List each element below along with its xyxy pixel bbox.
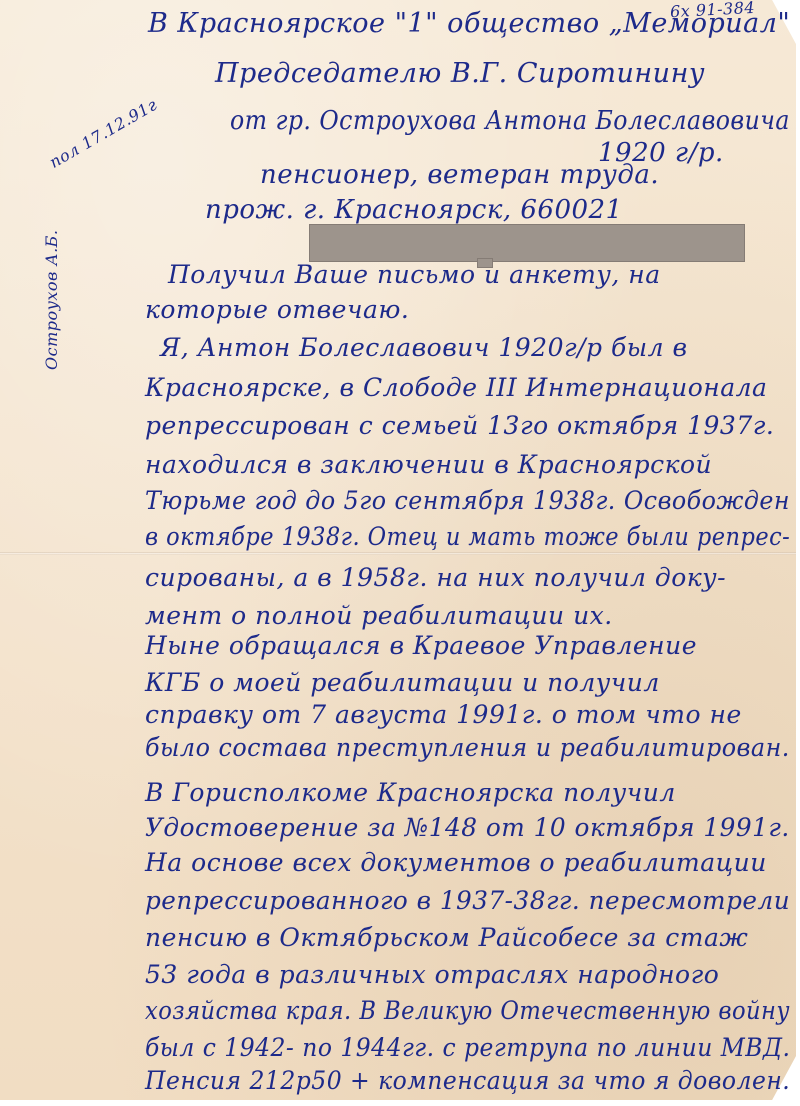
body-line: Я, Антон Болеславович 1920г/р был в — [160, 335, 688, 360]
body-line: в октябре 1938г. Отец и мать тоже были р… — [145, 524, 790, 549]
body-line: было состава преступления и реабилитиров… — [145, 735, 790, 760]
body-line: Удостоверение за №148 от 10 октября 1991… — [145, 815, 790, 840]
header-sender-name: от гр. Остроухова Антона Болеславовича — [230, 108, 790, 134]
body-line: Красноярске, в Слободе III Интернационал… — [145, 375, 767, 400]
body-line: справку от 7 августа 1991г. о том что не — [145, 702, 742, 727]
header-sender-address: прож. г. Красноярск, 660021 — [205, 197, 623, 223]
body-line: На основе всех документов о реабилитации — [145, 850, 767, 875]
body-line: хозяйства края. В Великую Отечественную … — [145, 998, 790, 1023]
body-line: КГБ о моей реабилитации и получил — [145, 670, 660, 695]
body-line: Получил Ваше письмо и анкету, на — [168, 262, 661, 287]
body-line: Ныне обращался в Краевое Управление — [145, 633, 697, 658]
header-recipient-org: В Красноярское "1" общество „Мемориал" — [148, 10, 790, 37]
body-line: 53 года в различных отраслях народного — [145, 962, 719, 987]
header-sender-status: пенсионер, ветеран труда. — [260, 162, 659, 188]
body-line: находился в заключении в Красноярской — [145, 452, 712, 477]
body-line: которые отвечаю. — [145, 297, 409, 322]
body-line: Тюрьме год до 5го сентября 1938г. Освобо… — [145, 488, 790, 513]
body-line: В Горисполкоме Красноярска получил — [145, 780, 676, 805]
body-line: сированы, а в 1958г. на них получил доку… — [145, 565, 726, 590]
paper-fold-line — [0, 552, 796, 555]
body-line: пенсию в Октябрьском Райсобесе за стаж — [145, 925, 748, 950]
body-line: был с 1942- по 1944гг. с регтрупа по лин… — [145, 1035, 790, 1060]
header-recipient-name: Председателю В.Г. Сиротинину — [215, 60, 705, 87]
body-line: Пенсия 212р50 + компенсация за что я дов… — [145, 1068, 790, 1093]
author-side-note: Остроухов А.Б. — [44, 229, 60, 370]
redaction-box — [309, 224, 745, 262]
body-line: репрессирован с семьей 13го октября 1937… — [145, 413, 774, 438]
body-line: репрессированного в 1937-38гг. пересмотр… — [145, 888, 790, 913]
body-line: мент о полной реабилитации их. — [145, 603, 613, 628]
